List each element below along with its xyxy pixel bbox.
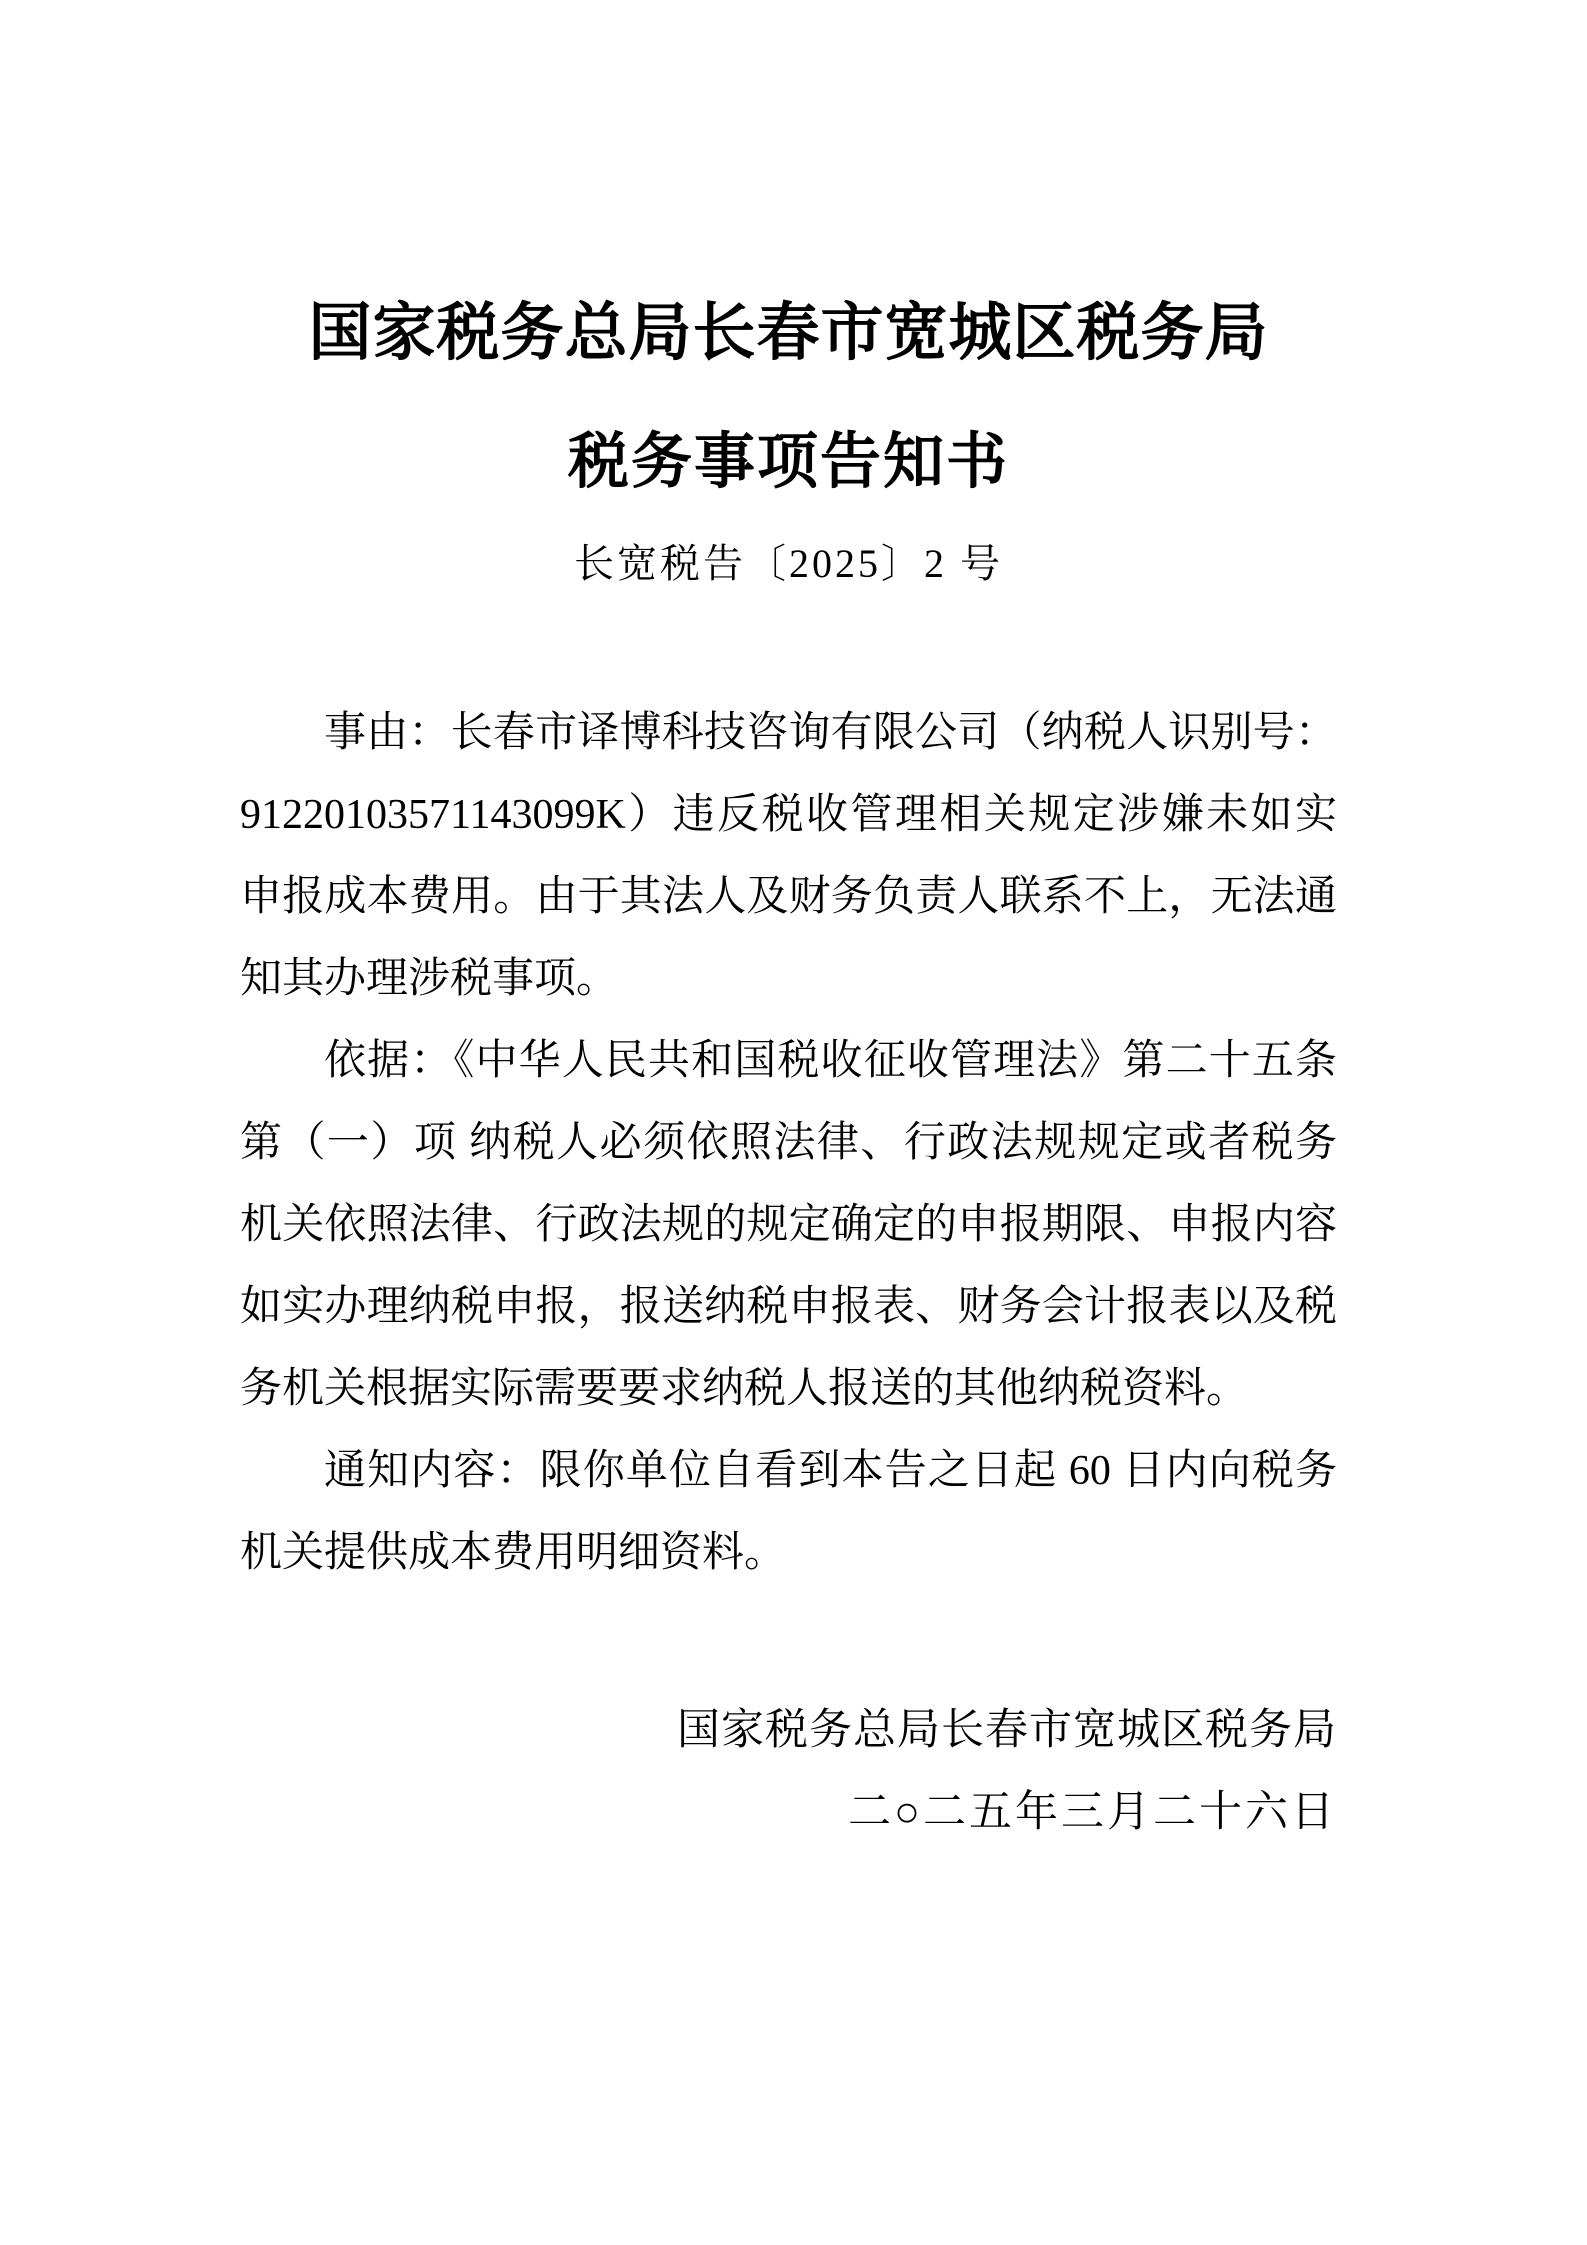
body-paragraph: 事由：长春市译博科技咨询有限公司（纳税人识别号：9122010357114309… [240,692,1337,1020]
document-title-line-2: 税务事项告知书 [240,431,1337,495]
document-number: 长宽税告〔2025〕2 号 [240,541,1337,587]
document-page: 国家税务总局长春市宽城区税务局 税务事项告知书 长宽税告〔2025〕2 号 事由… [0,0,1587,2245]
document-title-line-1: 国家税务总局长春市宽城区税务局 [240,299,1337,367]
signature-date: 二○二五年三月二十六日 [240,1772,1337,1854]
signature-agency: 国家税务总局长春市宽城区税务局 [240,1690,1337,1772]
body-paragraph: 依据：《中华人民共和国税收征收管理法》第二十五条第（一）项 纳税人必须依照法律、… [240,1020,1337,1430]
signature-block: 国家税务总局长春市宽城区税务局 二○二五年三月二十六日 [240,1690,1337,1854]
document-content: 国家税务总局长春市宽城区税务局 税务事项告知书 长宽税告〔2025〕2 号 事由… [240,0,1337,1854]
body-paragraph: 通知内容：限你单位自看到本告之日起 60 日内向税务机关提供成本费用明细资料。 [240,1430,1337,1594]
document-body: 事由：长春市译博科技咨询有限公司（纳税人识别号：9122010357114309… [240,692,1337,1594]
